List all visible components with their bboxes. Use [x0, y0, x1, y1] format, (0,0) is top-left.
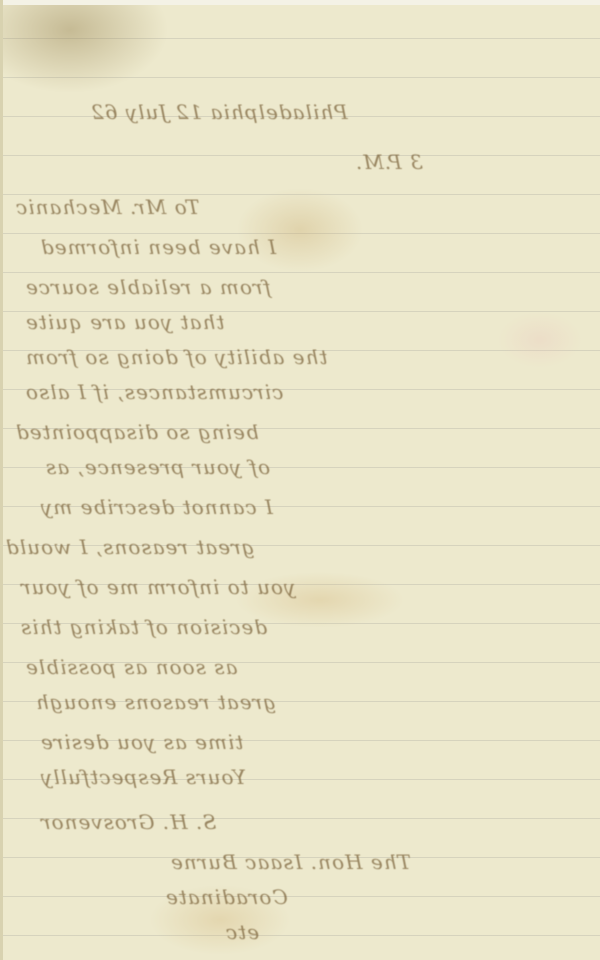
top-border	[0, 0, 600, 5]
handwritten-line: circumstances, if I also	[25, 380, 283, 404]
handwritten-line: S. H. Grosvenor	[40, 810, 216, 834]
handwritten-line: I cannot describe my	[40, 495, 273, 519]
handwritten-line: Yours Respectfully	[40, 765, 246, 789]
handwritten-line: decision of taking this	[20, 615, 267, 639]
letter-page: Philadelphia 12 July 623 P.M.To Mr. Mech…	[0, 0, 600, 960]
handwritten-line: the ability of doing so from	[25, 345, 327, 369]
handwritten-line: great reasons enough	[35, 690, 276, 714]
handwritten-line: from a reliable source	[25, 275, 271, 299]
handwritten-line: I have been informed	[40, 235, 276, 259]
handwritten-line: 3 P.M.	[355, 150, 423, 174]
handwritten-line: being so disappointed	[15, 420, 259, 444]
handwritten-line: The Hon. Isaac Burne	[170, 850, 411, 874]
handwritten-line: you to inform me of your	[20, 575, 295, 599]
handwritten-line: To Mr. Mechanic	[15, 195, 200, 219]
handwritten-line: great reasons, I would	[5, 535, 255, 559]
handwritten-line: as soon as possible	[25, 655, 237, 679]
handwritten-line: time as you desire	[40, 730, 243, 754]
handwritten-line: of your presence, as	[45, 455, 270, 479]
handwritten-line: Philadelphia 12 July 62	[90, 100, 348, 124]
handwritten-line: Coradinate	[165, 885, 288, 909]
left-edge	[0, 0, 3, 960]
handwritten-line: etc	[225, 920, 259, 944]
handwritten-line: that you are quite	[25, 310, 224, 334]
